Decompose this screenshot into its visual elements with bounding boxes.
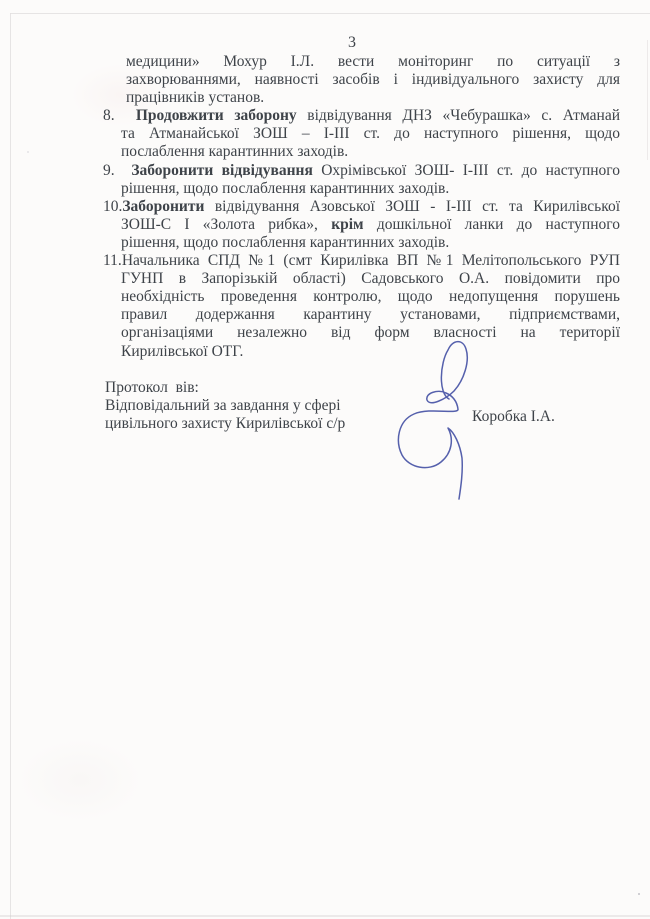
closing-line-2: Відповідальний за завдання у сфері: [105, 397, 435, 415]
scan-edge-vertical-line: [10, 13, 11, 919]
closing-line-3: цивільного захисту Кирилівської с/р: [105, 415, 435, 433]
closing-block: Протокол вів:Відповідальний за завдання …: [105, 379, 435, 433]
scan-speck: [638, 893, 640, 895]
text-line-9: 10.Заборонити відвідування Азовської ЗОШ…: [103, 198, 620, 216]
text-line-10: ЗОШ-С І «Золота рибка», крім дошкільної …: [121, 216, 620, 234]
text-line-17: Кирилівської ОТГ.: [121, 343, 620, 361]
text-line-11: рішення, щодо послаблення карантинних за…: [121, 234, 620, 252]
text-line-14: необхідність проведення контролю, щодо н…: [121, 288, 620, 306]
page-number: 3: [340, 35, 364, 51]
text-line-12: 11.Начальника СПД №1 (смт Кирилівка ВП №…: [103, 252, 620, 270]
scan-edge-horizontal-line: [10, 13, 650, 14]
text-line-16: організаціями незалежно від форм власнос…: [121, 324, 620, 342]
text-line-4: 8. Продовжити заборону відвідування ДНЗ …: [103, 107, 620, 125]
text-line-5: та Атманайської ЗОШ – І-ІІІ ст. до насту…: [121, 125, 620, 143]
text-line-1: медицини» Мохур І.Л. вести моніторинг по…: [126, 53, 620, 71]
closing-line-1: Протокол вів:: [105, 379, 435, 397]
text-line-2: захворюваннями, наявності засобів і інди…: [126, 71, 620, 89]
text-line-15: правил додержання карантину установами, …: [121, 306, 620, 324]
text-line-3: працівників установ.: [126, 89, 620, 107]
scan-speck: [27, 151, 29, 153]
text-line-6: послаблення карантинних заходів.: [121, 143, 620, 161]
body-text-block: медицини» Мохур І.Л. вести моніторинг по…: [103, 53, 620, 361]
handwritten-signature-icon: [388, 333, 488, 503]
text-line-13: ГУНП в Запорізькій області) Садовського …: [121, 270, 620, 288]
document-page: 3 медицини» Мохур І.Л. вести моніторинг …: [0, 0, 650, 919]
text-line-7: 9. Заборонити відвідування Охрімівської …: [103, 162, 620, 180]
text-line-8: рішення, щодо послаблення карантинних за…: [121, 180, 620, 198]
scan-edge-bottom-shadow: [0, 915, 650, 917]
scan-edge-right-artifact: [647, 40, 648, 160]
